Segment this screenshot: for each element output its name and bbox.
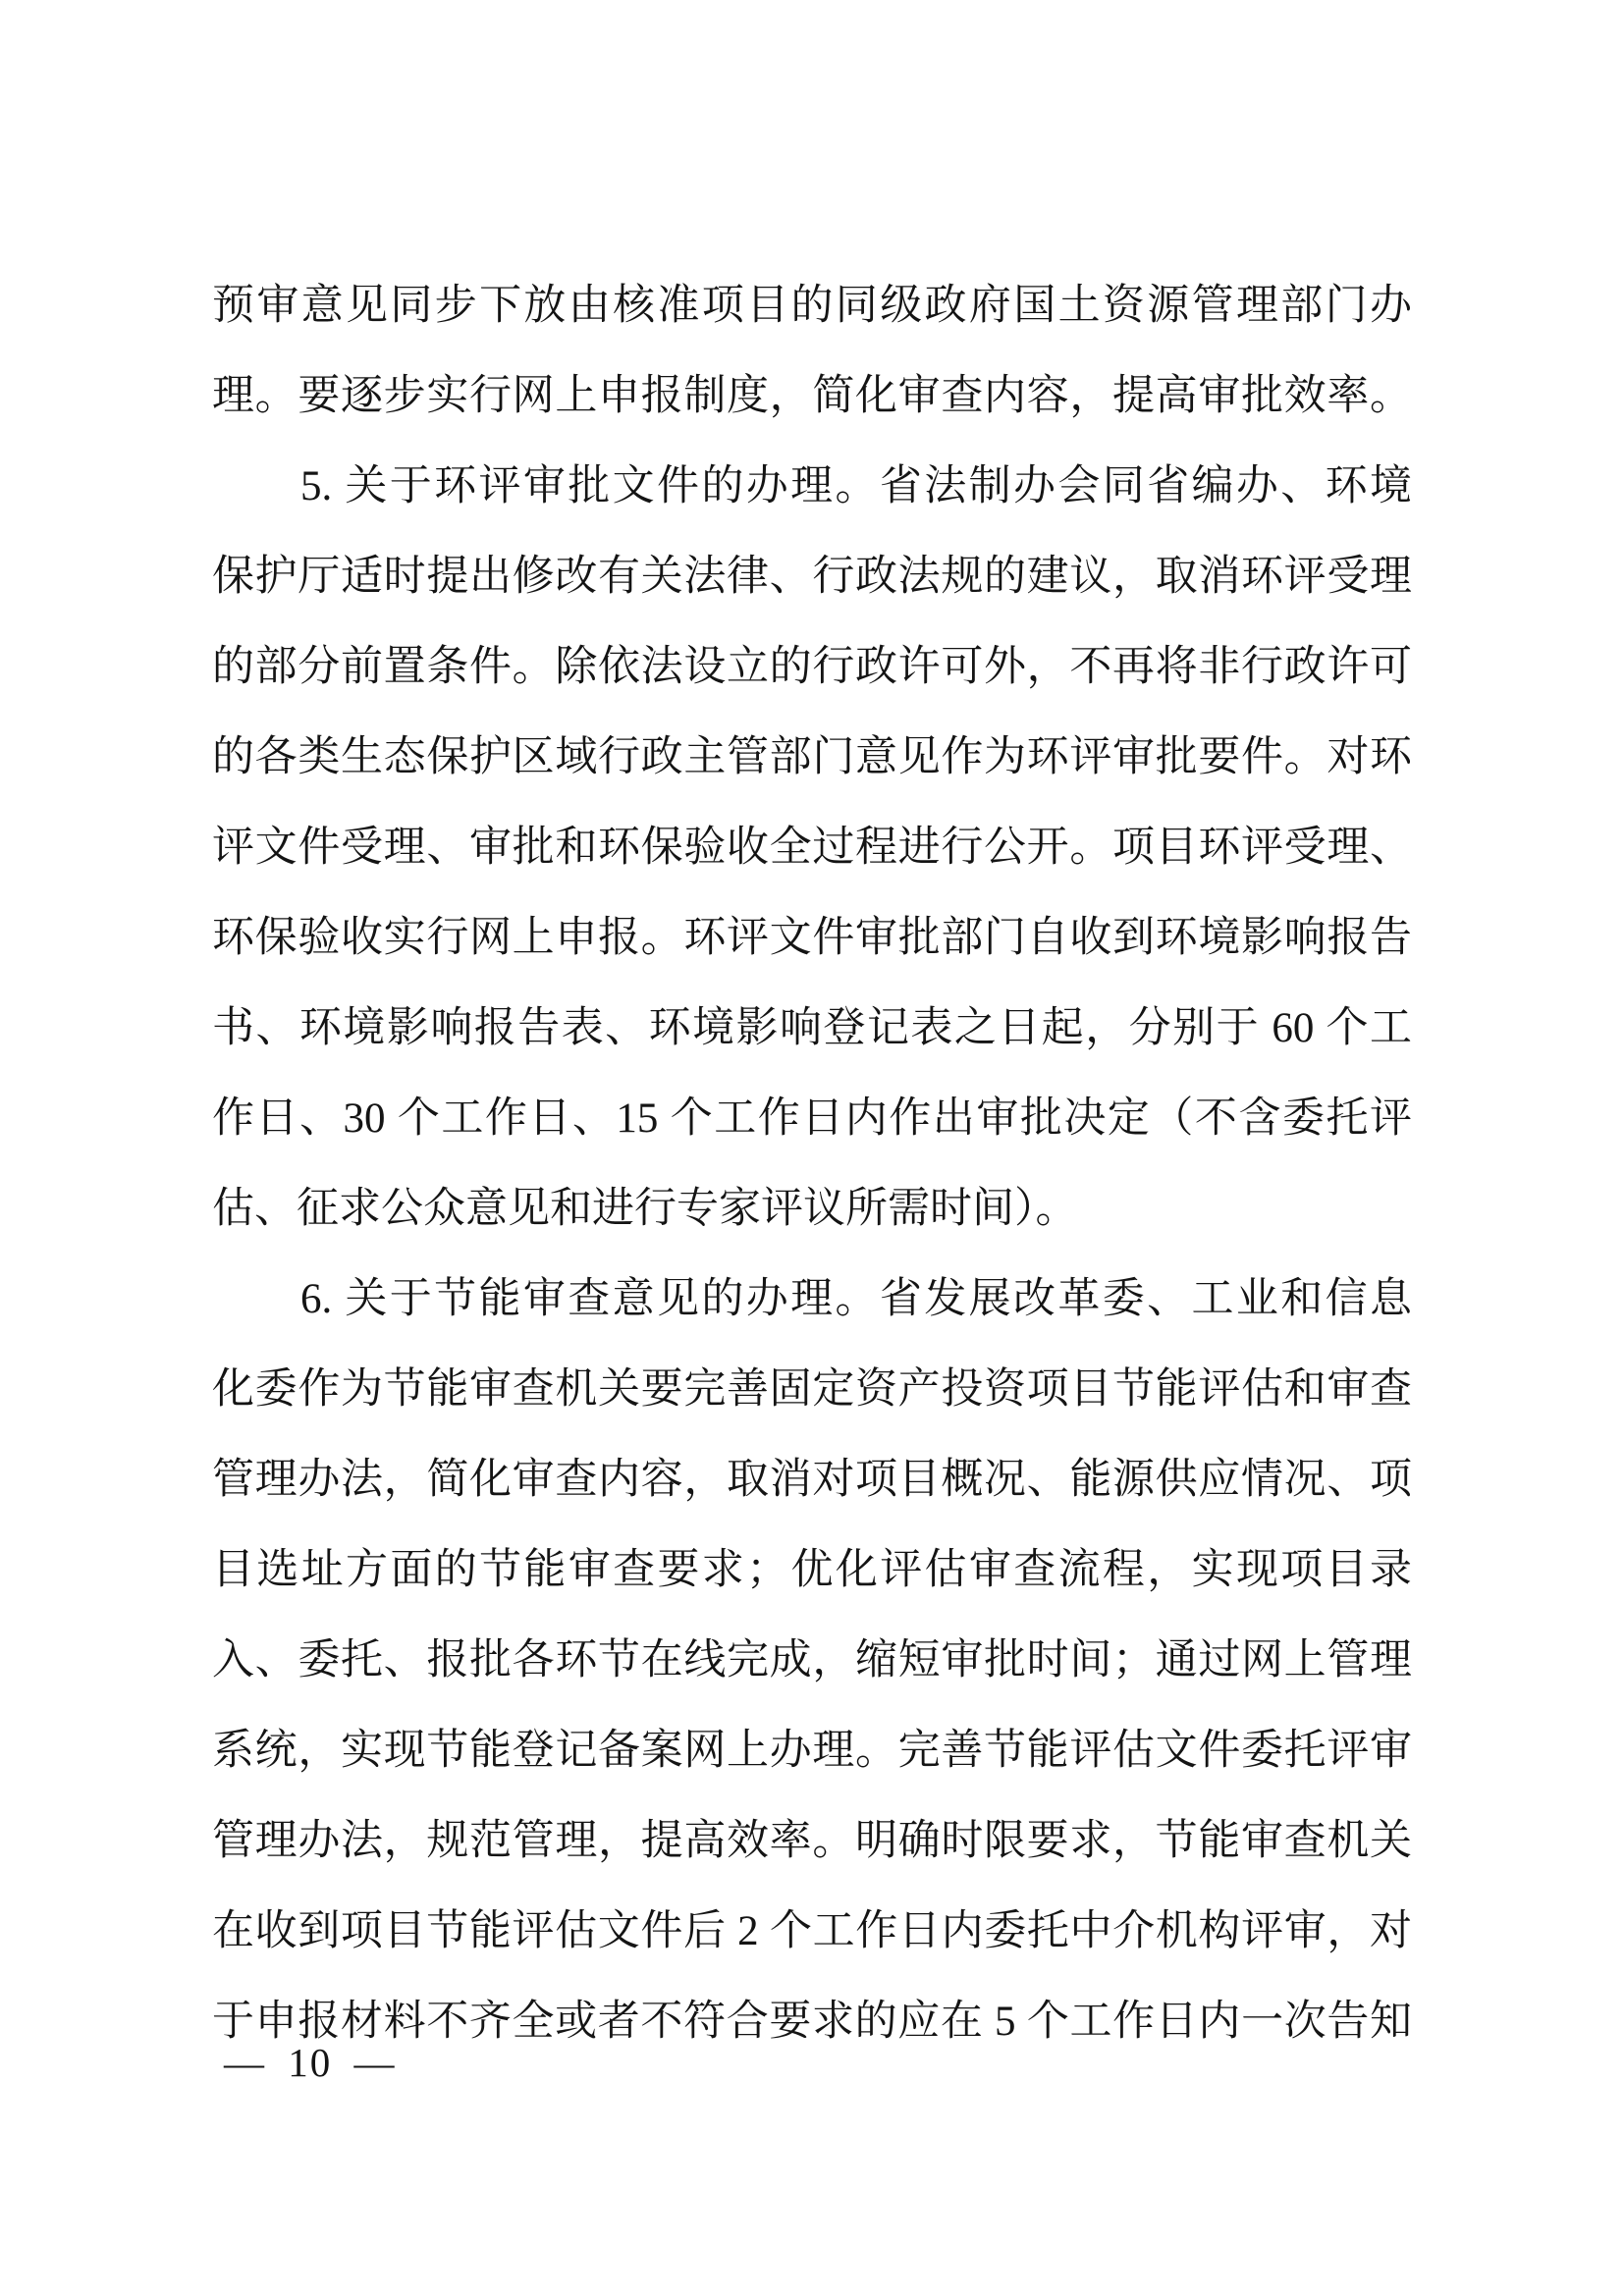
paragraph-start-line: 6. 关于节能审查意见的办理。省发展改革委、工业和信息 — [212, 1255, 1412, 1345]
document-line: 管理办法，简化审查内容，取消对项目概况、能源供应情况、项 — [212, 1435, 1412, 1525]
document-page: 预审意见同步下放由核准项目的同级政府国土资源管理部门办 理。要逐步实行网上申报制… — [0, 0, 1624, 2296]
document-line: 保护厅适时提出修改有关法律、行政法规的建议，取消环评受理 — [212, 532, 1412, 622]
document-line: 的各类生态保护区域行政主管部门意见作为环评审批要件。对环 — [212, 713, 1412, 803]
document-line: 预审意见同步下放由核准项目的同级政府国土资源管理部门办 — [212, 261, 1412, 351]
document-line: 环保验收实行网上申报。环评文件审批部门自收到环境影响报告 — [212, 893, 1412, 984]
document-line: 书、环境影响报告表、环境影响登记表之日起，分别于 60 个工 — [212, 984, 1412, 1074]
paragraph-start-line: 5. 关于环评审批文件的办理。省法制办会同省编办、环境 — [212, 442, 1412, 532]
document-line: 入、委托、报批各环节在线完成，缩短审批时间；通过网上管理 — [212, 1616, 1412, 1706]
document-line: 管理办法，规范管理，提高效率。明确时限要求，节能审查机关 — [212, 1796, 1412, 1887]
document-line: 的部分前置条件。除依法设立的行政许可外，不再将非行政许可 — [212, 622, 1412, 713]
document-line: 系统，实现节能登记备案网上办理。完善节能评估文件委托评审 — [212, 1706, 1412, 1796]
document-body: 预审意见同步下放由核准项目的同级政府国土资源管理部门办 理。要逐步实行网上申报制… — [212, 261, 1412, 2067]
document-line: 在收到项目节能评估文件后 2 个工作日内委托中介机构评审，对 — [212, 1887, 1412, 1977]
document-line: 化委作为节能审查机关要完善固定资产投资项目节能评估和审查 — [212, 1345, 1412, 1435]
document-line: 作日、30 个工作日、15 个工作日内作出审批决定（不含委托评 — [212, 1074, 1412, 1164]
paragraph-end-line: 估、征求公众意见和进行专家评议所需时间）。 — [212, 1164, 1412, 1255]
document-line: 评文件受理、审批和环保验收全过程进行公开。项目环评受理、 — [212, 803, 1412, 893]
document-line: 理。要逐步实行网上申报制度，简化审查内容，提高审批效率。 — [212, 351, 1412, 442]
page-number: — 10 — — [224, 2038, 397, 2087]
document-line: 目选址方面的节能审查要求；优化评估审查流程，实现项目录 — [212, 1525, 1412, 1616]
